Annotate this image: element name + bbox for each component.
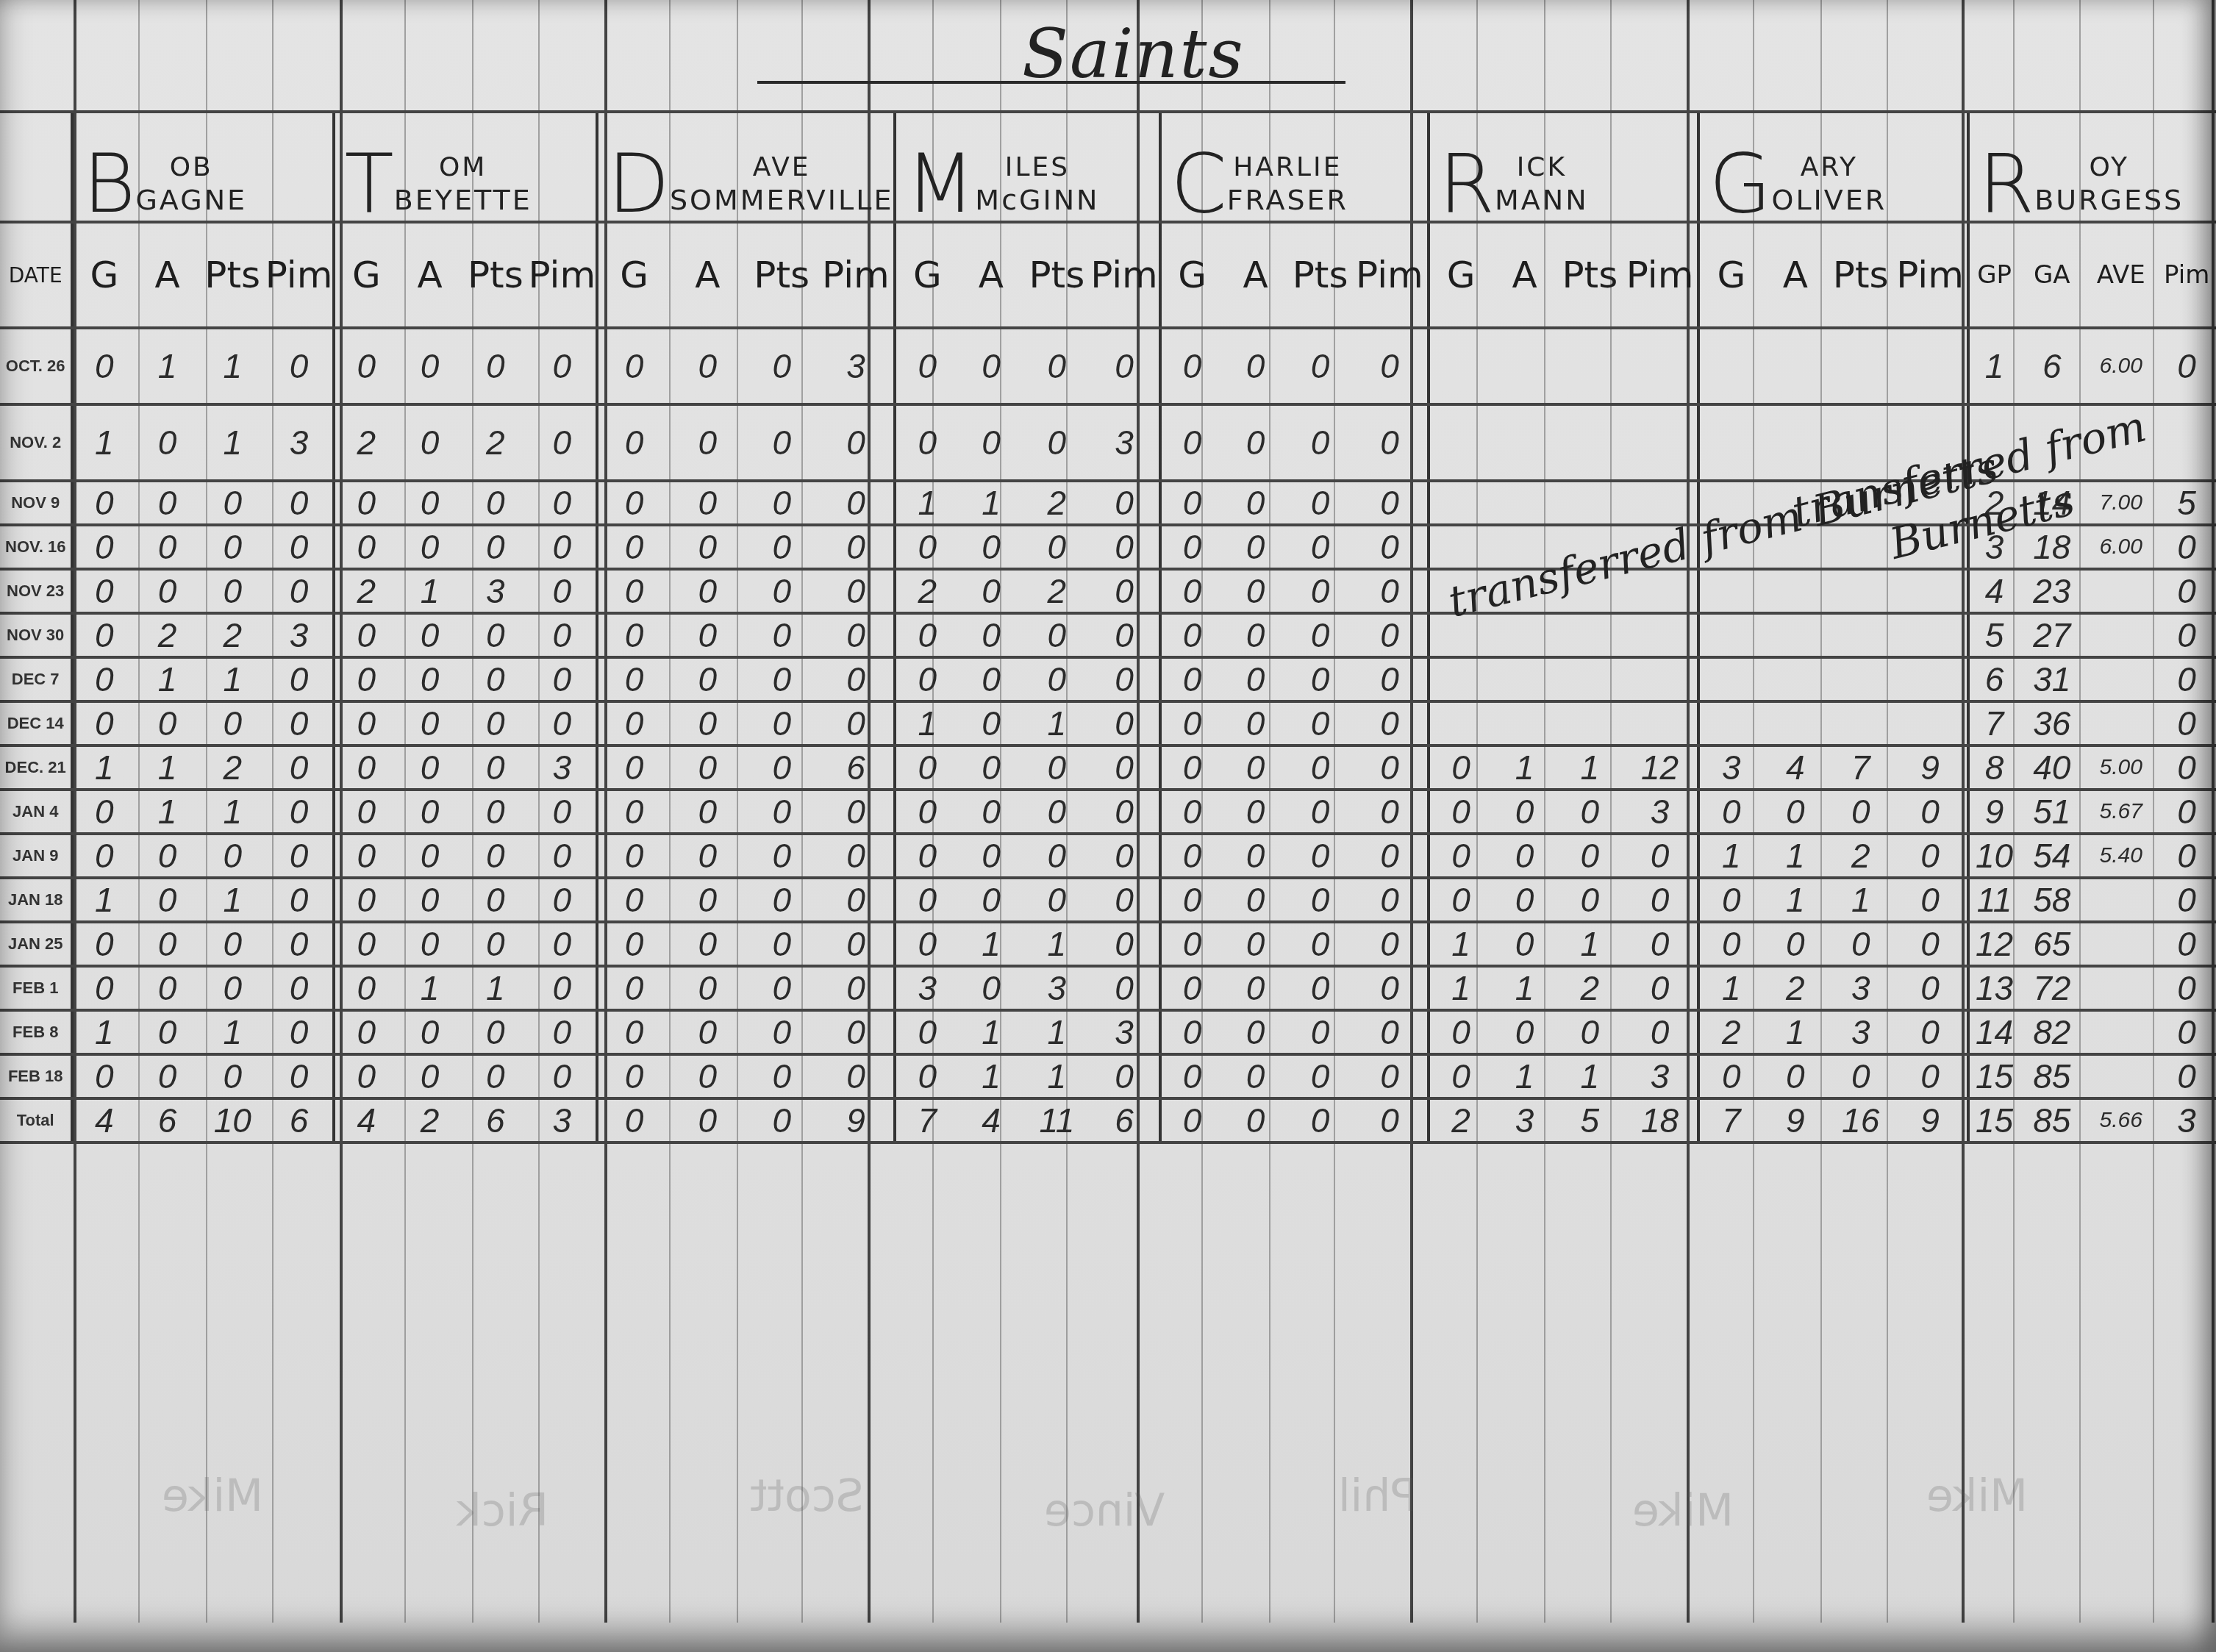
stat-cell: 0 [746,922,818,966]
stat-cell: 1 [1557,1054,1623,1098]
stat-cell: 0 [200,966,265,1010]
stat-cell: 0 [462,657,528,701]
stat-cell: 0 [334,481,397,525]
stat-cell: 3 [1828,966,1893,1010]
stat-cell: 0 [818,878,895,922]
stat-cell [2084,966,2157,1010]
page-title: Saints [1022,15,1245,93]
stat-cell: 2 [1698,1010,1762,1054]
stat-cell: 9 [818,1098,895,1143]
stat-cell: 0 [818,569,895,613]
stat-cell: 0 [1762,922,1828,966]
stat-cell: 0 [1090,525,1160,569]
stat-cell: 0 [670,1010,746,1054]
stat-cell: 1 [200,404,265,481]
stat-cell: 2 [895,569,958,613]
stat-cell: 0 [1288,834,1352,878]
stat-cell: 0 [1223,328,1288,404]
player-initial: C [1170,147,1227,221]
stat-cell: 5.66 [2084,1098,2157,1143]
stat-cell: 1 [1492,745,1556,790]
stat-cell: 10 [200,1098,265,1143]
date-column-header: DATE [0,222,72,328]
stat-cell: 0 [1090,745,1160,790]
ghost-name: Scott [750,1470,864,1522]
game-row: JAN 18101000000000000000000000011011580 [0,878,2216,922]
stat-cell: 0 [1160,878,1223,922]
stat-cell: 6.00 [2084,525,2157,569]
game-date: NOV 23 [0,569,72,613]
stat-cell: 0 [72,481,135,525]
stat-cell: 3 [818,328,895,404]
player-header: CHARLIEFRASER [1160,112,1429,222]
stat-cell: 0 [1160,1010,1223,1054]
stat-cell: 0 [200,1054,265,1098]
stat-cell: 0 [1090,878,1160,922]
stat-cell: 3 [265,404,335,481]
stat-cell: 0 [1623,834,1698,878]
stat-cell: 0 [1090,328,1160,404]
stat-cell: 0 [597,966,670,1010]
stat-cell: 0 [818,525,895,569]
player-first-name: ILES [975,151,1099,184]
stat-cell: 0 [397,878,462,922]
stat-cell: 0 [265,481,335,525]
stat-cell: 5.00 [2084,745,2157,790]
game-row: FEB 1000001100000303000001120123013720 [0,966,2216,1010]
player-name-rest: ILESMcGINN [975,151,1099,221]
stat-cell: 1 [1762,1010,1828,1054]
stat-cell: 0 [397,404,462,481]
stat-label: G [334,222,397,328]
stat-cell [2084,613,2157,657]
stat-cell: 0 [135,1054,199,1098]
stat-label: Pim [1893,222,1968,328]
stat-cell: 0 [1160,404,1223,481]
player-name-rest: HARLIEFRASER [1227,151,1348,221]
player-name-rest: AVESOMMERVILLE [670,151,894,221]
stat-cell: 1 [1557,922,1623,966]
game-row: DEC. 21112000030006000000000111234798405… [0,745,2216,790]
stat-cell: 0 [597,1098,670,1143]
game-row: DEC 7011000000000000000006310 [0,657,2216,701]
stat-cell [1893,569,1968,613]
stat-cell: 0 [746,834,818,878]
stat-cell: 58 [2019,878,2084,922]
stat-cell: 0 [1024,613,1090,657]
stat-cell: 0 [1024,657,1090,701]
stat-label: G [597,222,670,328]
player-initial: M [905,147,975,221]
stat-label: Pim [2157,222,2216,328]
stat-cell: 15 [1968,1054,2020,1098]
stat-cell: 36 [2019,701,2084,745]
player-last-name: SOMMERVILLE [670,184,894,216]
stat-cell: 1 [1557,745,1623,790]
stat-cell: 0 [462,613,528,657]
stat-cell [1429,404,1493,481]
stat-cell: 0 [1223,966,1288,1010]
stat-cell: 1 [135,745,199,790]
stat-cell: 4 [958,1098,1023,1143]
player-first-name: AVE [670,151,894,184]
stat-label: G [1160,222,1223,328]
stat-cell: 0 [1160,657,1223,701]
stat-cell: 0 [597,1010,670,1054]
stat-cell: 3 [1090,404,1160,481]
stat-cell: 0 [1352,569,1428,613]
stat-cell: 6 [1090,1098,1160,1143]
stat-cell: 0 [818,922,895,966]
stat-cell: 0 [597,922,670,966]
stat-cell: 1 [1024,701,1090,745]
stat-cell: 1 [895,481,958,525]
stat-cell: 3 [2157,1098,2216,1143]
stat-cell: 0 [1893,834,1968,878]
stat-cell: 0 [1024,745,1090,790]
stat-label: Pts [1557,222,1623,328]
stat-cell: 0 [1160,481,1223,525]
stat-cell: 1 [1492,966,1556,1010]
stat-cell: 0 [72,966,135,1010]
stat-cell: 0 [397,328,462,404]
stat-cell: 6 [265,1098,335,1143]
player-initial: R [1439,147,1495,221]
stat-cell: 0 [895,922,958,966]
stat-cell: 1 [72,404,135,481]
stat-cell: 0 [1429,1054,1493,1098]
stat-cell: 0 [334,834,397,878]
stat-cell: 0 [1352,834,1428,878]
stat-cell: 0 [818,701,895,745]
stat-cell: 0 [529,701,598,745]
stat-cell: 1 [895,701,958,745]
stat-cell: 0 [334,701,397,745]
stat-cell: 0 [334,966,397,1010]
stat-cell: 0 [895,525,958,569]
stat-cell: 0 [135,481,199,525]
player-first-name: ARY [1771,151,1887,184]
game-date: JAN 18 [0,878,72,922]
stat-cell: 0 [397,834,462,878]
stat-cell: 0 [597,790,670,834]
stat-cell [1492,657,1556,701]
stat-cell: 0 [1160,525,1223,569]
stat-cell: 5.67 [2084,790,2157,834]
stat-cell: 0 [1223,834,1288,878]
stat-cell: 54 [2019,834,2084,878]
game-date: FEB 8 [0,1010,72,1054]
stat-cell: 0 [397,613,462,657]
game-row: JAN 401100000000000000000000300009515.67… [0,790,2216,834]
stat-cell: 0 [895,1010,958,1054]
stat-cell: 65 [2019,922,2084,966]
player-name: GARYOLIVER [1700,118,1967,221]
stat-cell: 0 [1557,790,1623,834]
stat-cell [1557,404,1623,481]
stat-cell [1893,657,1968,701]
stat-cell: 0 [1623,878,1698,922]
stat-cell: 0 [265,745,335,790]
stat-cell: 0 [1429,790,1493,834]
stat-cell: 0 [529,657,598,701]
player-initial: B [82,147,135,221]
stat-cell: 1 [1429,966,1493,1010]
stat-cell: 0 [670,328,746,404]
stat-cell: 6.00 [2084,328,2157,404]
stat-cell: 0 [818,613,895,657]
stat-cell [1893,701,1968,745]
stat-cell: 0 [1090,922,1160,966]
stat-cell: 0 [1024,878,1090,922]
stat-cell: 0 [397,1054,462,1098]
stat-cell: 1 [1429,922,1493,966]
stat-cell [1762,701,1828,745]
player-name: RICKMANN [1430,118,1698,221]
stat-cell: 0 [265,1054,335,1098]
stat-cell: 1 [72,1010,135,1054]
stat-cell: 0 [397,657,462,701]
stat-cell: 0 [597,745,670,790]
game-date: FEB 1 [0,966,72,1010]
stat-cell: 0 [597,1054,670,1098]
stat-cell: 0 [135,878,199,922]
stat-label: A [958,222,1023,328]
stat-cell: 0 [72,328,135,404]
player-initial: R [1979,147,2034,221]
game-date: Total [0,1098,72,1143]
game-row: OCT. 2601100000000300000000166.000 [0,328,2216,404]
stat-cell: 0 [397,481,462,525]
game-row: Total46106426300097411600002351879169158… [0,1098,2216,1143]
stat-label: AVE [2084,222,2157,328]
stat-cell: 0 [1352,404,1428,481]
stat-cell: 23 [2019,569,2084,613]
stat-cell [1828,657,1893,701]
stat-cell: 0 [334,1010,397,1054]
stat-cell: 0 [670,657,746,701]
stat-label: A [135,222,199,328]
player-name: CHARLIEFRASER [1162,118,1427,221]
stat-cell: 0 [1223,657,1288,701]
stat-cell: 0 [1223,1054,1288,1098]
stat-cell: 0 [1223,525,1288,569]
stat-cell: 0 [72,657,135,701]
stat-cell: 0 [72,834,135,878]
stat-cell: 1 [200,790,265,834]
stat-cell: 0 [265,790,335,834]
player-name-rest: OMBEYETTE [394,151,532,221]
stat-cell: 0 [1223,1010,1288,1054]
stat-cell [1557,328,1623,404]
stat-cell: 0 [1352,613,1428,657]
stat-cell: 0 [1698,878,1762,922]
stat-cell [1492,328,1556,404]
stat-cell: 2 [200,745,265,790]
stat-cell: 0 [670,790,746,834]
stat-cell: 0 [462,328,528,404]
stat-cell: 0 [265,878,335,922]
stat-cell: 0 [397,922,462,966]
stat-cell: 4 [1762,745,1828,790]
stat-cell: 0 [1160,834,1223,878]
stat-cell: 40 [2019,745,2084,790]
stat-cell: 0 [746,328,818,404]
stat-cell: 0 [529,834,598,878]
stat-cell: 1 [397,966,462,1010]
stat-cell: 0 [958,790,1023,834]
stat-cell: 0 [1492,1010,1556,1054]
stat-cell: 0 [72,525,135,569]
stat-cell: 0 [958,328,1023,404]
stat-cell: 0 [1352,878,1428,922]
stat-cell: 15 [1968,1098,2020,1143]
stat-cell: 0 [2157,701,2216,745]
game-date: DEC 7 [0,657,72,701]
stat-cell: 0 [265,657,335,701]
stat-cell: 0 [1557,1010,1623,1054]
stat-cell: 27 [2019,613,2084,657]
stat-cell: 0 [1893,878,1968,922]
game-date: NOV. 16 [0,525,72,569]
stat-cell: 0 [597,525,670,569]
stat-cell: 10 [1968,834,2020,878]
stat-cell [1828,328,1893,404]
stat-cell: 51 [2019,790,2084,834]
stat-cell: 0 [334,922,397,966]
stat-cell: 0 [1352,481,1428,525]
player-first-name: ICK [1495,151,1589,184]
stat-cell: 0 [1090,569,1160,613]
stat-cell: 3 [1828,1010,1893,1054]
stat-cell: 0 [818,657,895,701]
stat-cell: 3 [265,613,335,657]
stat-cell: 1 [1762,878,1828,922]
stat-cell: 0 [597,834,670,878]
stat-cell: 0 [1352,1010,1428,1054]
stat-cell: 5 [1968,613,2020,657]
stat-label: Pts [462,222,528,328]
stat-cell: 0 [397,790,462,834]
stat-cell: 1 [135,657,199,701]
stat-cell [2084,922,2157,966]
stat-cell [1698,328,1762,404]
game-date: DEC. 21 [0,745,72,790]
stat-cell: 1 [200,878,265,922]
stat-cell [1698,657,1762,701]
ghost-name: Mike [1632,1485,1734,1537]
stat-cell: 0 [2157,745,2216,790]
player-first-name: OY [2034,151,2184,184]
stat-cell [1762,613,1828,657]
stat-cell: 7 [1828,745,1893,790]
stat-cell: 2 [135,613,199,657]
stat-cell: 0 [670,966,746,1010]
player-initial: T [344,147,393,221]
stat-cell: 0 [529,790,598,834]
stat-cell: 0 [1160,569,1223,613]
stat-cell [1492,701,1556,745]
stat-cell: 0 [1288,1054,1352,1098]
stat-cell: 1 [1698,834,1762,878]
stat-cell: 0 [1352,328,1428,404]
ghost-name: Mike [162,1470,263,1522]
stat-cell [1698,404,1762,481]
stat-cell: 0 [1893,922,1968,966]
stat-cell [1623,613,1698,657]
stat-cell [1893,613,1968,657]
stat-label: A [1762,222,1828,328]
player-last-name: GAGNE [135,184,247,216]
stat-cell: 2 [397,1098,462,1143]
stat-cell: 1 [1024,922,1090,966]
stat-cell: 0 [2157,613,2216,657]
stat-cell: 2 [1024,569,1090,613]
stat-cell: 0 [1429,834,1493,878]
stat-cell: 3 [1623,790,1698,834]
stat-cell: 0 [265,569,335,613]
stat-cell: 0 [1828,922,1893,966]
stat-cell: 0 [1623,922,1698,966]
stat-cell [2084,1054,2157,1098]
stat-cell [2084,701,2157,745]
stat-cell: 0 [1352,525,1428,569]
ghost-name: Rick [456,1485,548,1537]
stat-cell: 0 [1160,1098,1223,1143]
stat-cell: 0 [1492,834,1556,878]
stat-cell: 0 [1090,613,1160,657]
stat-cell: 0 [670,878,746,922]
stat-cell: 0 [746,701,818,745]
stat-cell: 0 [1090,657,1160,701]
player-name-rest: OYBURGESS [2034,151,2184,221]
stat-cell: 0 [334,525,397,569]
stat-cell: 0 [1288,481,1352,525]
stat-cell: 0 [2157,834,2216,878]
stat-cell: 0 [462,922,528,966]
stat-cell: 0 [2157,966,2216,1010]
stat-cell [1429,657,1493,701]
ghost-name: Phil [1338,1470,1418,1522]
stat-cell: 0 [1024,834,1090,878]
stat-cell [1492,481,1556,525]
stat-label: Pts [1828,222,1893,328]
game-date: JAN 25 [0,922,72,966]
stat-cell: 4 [1968,569,2020,613]
stat-cell: 0 [958,404,1023,481]
player-name: TOMBEYETTE [335,118,596,221]
stat-cell: 0 [1223,701,1288,745]
stat-header-row: DATEGAPtsPimGAPtsPimGAPtsPimGAPtsPimGAPt… [0,222,2216,328]
stat-cell: 0 [397,745,462,790]
stat-cell: 0 [1623,966,1698,1010]
stat-cell: 1 [135,790,199,834]
stat-cell [1623,657,1698,701]
stat-cell: 8 [1968,745,2020,790]
date-spacer [0,112,72,222]
stat-cell: 0 [746,481,818,525]
game-row: DEC 14000000000000101000007360 [0,701,2216,745]
stat-cell: 5 [1557,1098,1623,1143]
stat-cell: 0 [135,966,199,1010]
stat-cell: 0 [529,404,598,481]
stat-cell: 0 [2157,569,2216,613]
stat-cell: 0 [1492,922,1556,966]
bleedthrough-text: MikeRickScottVincePhilMikeMike [0,1220,2216,1603]
stat-label: Pim [1623,222,1698,328]
stat-cell: 0 [135,525,199,569]
stat-cell: 0 [958,745,1023,790]
